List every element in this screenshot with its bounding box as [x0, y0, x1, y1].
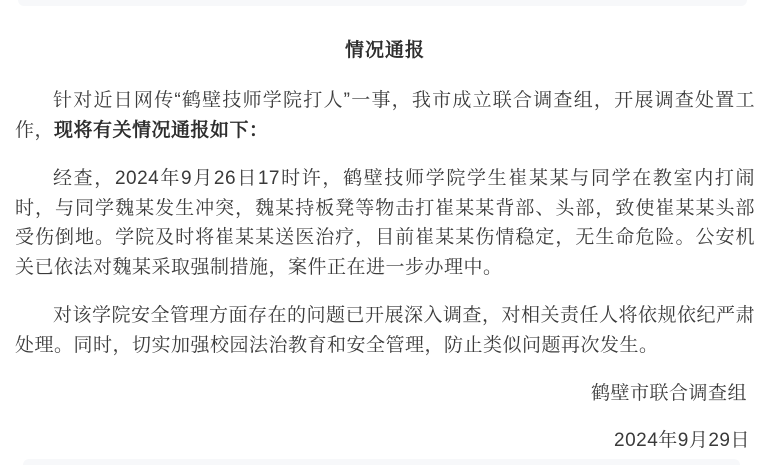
- notice-title: 情况通报: [15, 0, 755, 64]
- notice-page: 情况通报 针对近日网传“鹤壁技师学院打人”一事，我市成立联合调查组，开展调查处置…: [0, 0, 772, 465]
- signature: 鹤壁市联合调查组: [15, 379, 747, 408]
- notice-paragraph-2: 经查，2024年9月26日17时许，鹤壁技师学院学生崔某某与同学在教室内打闹时，…: [15, 164, 755, 282]
- paragraph-1-bold-text: 现将有关情况通报如下：: [54, 120, 269, 141]
- next-card-edge: [23, 459, 740, 465]
- notice-paragraph-3: 对该学院安全管理方面存在的问题已开展深入调查，对相关责任人将依规依纪严肃处理。同…: [15, 301, 755, 360]
- notice-paragraph-1: 针对近日网传“鹤壁技师学院打人”一事，我市成立联合调查组，开展调查处置工作，现将…: [15, 86, 755, 145]
- previous-card-edge: [18, 0, 747, 6]
- notice-article: 情况通报 针对近日网传“鹤壁技师学院打人”一事，我市成立联合调查组，开展调查处置…: [0, 0, 772, 455]
- notice-date: 2024年9月29日: [15, 426, 750, 455]
